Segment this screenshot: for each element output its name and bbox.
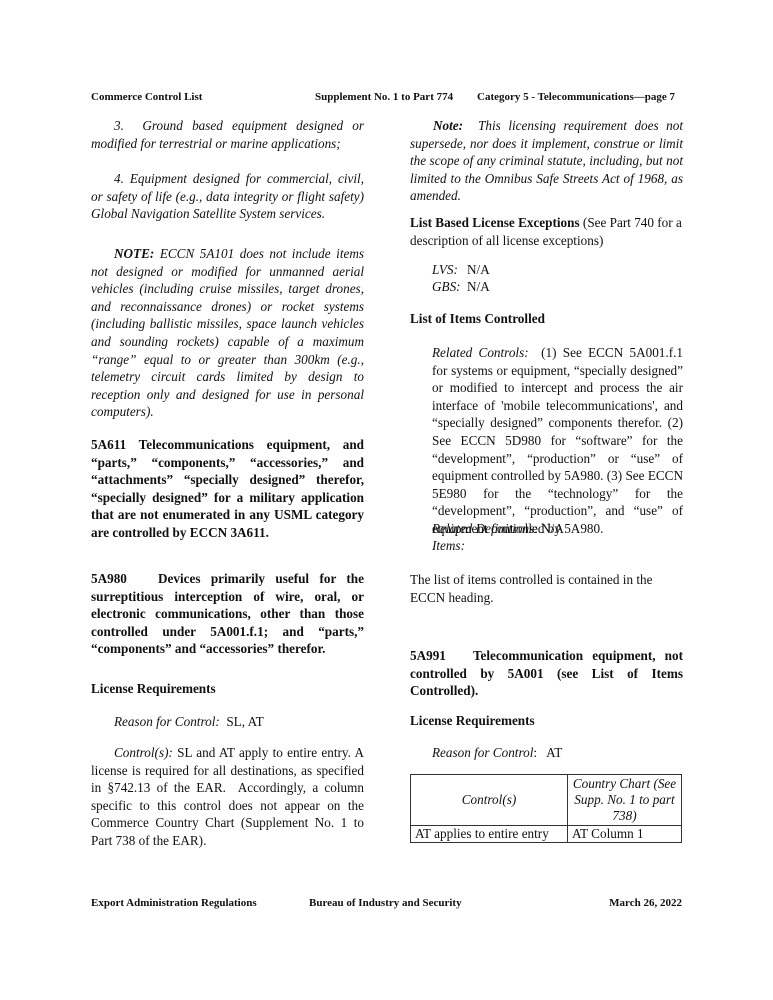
footer-center: Bureau of Industry and Security — [309, 897, 462, 909]
item-4: 4. Equipment designed for commercial, ci… — [91, 170, 364, 223]
exception-key: LVS: — [432, 261, 467, 279]
header-right: Category 5 - Telecommunications—page 7 — [477, 91, 675, 103]
license-requirements-heading: License Requirements — [91, 680, 364, 698]
controls-paragraph: Control(s): SL and AT apply to entire en… — [91, 744, 364, 850]
exception-value: N/A — [467, 279, 490, 294]
note-label: Note: — [433, 118, 463, 133]
reason-value: : AT — [533, 745, 562, 760]
related-controls-text: (1) See ECCN 5A001.f.1 for systems or eq… — [432, 345, 683, 536]
controls-text: SL and AT apply to entire entry. A licen… — [91, 745, 364, 848]
table-header-row: Control(s) Country Chart (See Supp. No. … — [411, 775, 682, 826]
related-controls: Related Controls: (1) See ECCN 5A001.f.1… — [432, 344, 683, 538]
header-center: Supplement No. 1 to Part 774 — [315, 91, 453, 103]
reason-for-control: Reason for Control: SL, AT — [114, 713, 387, 731]
note-5a101: NOTE: ECCN 5A101 does not include items … — [91, 245, 364, 421]
note-text: ECCN 5A101 does not include items not de… — [91, 246, 364, 419]
footer-right: March 26, 2022 — [609, 897, 682, 909]
items-text: The list of items controlled is containe… — [410, 571, 683, 606]
license-requirements-heading: License Requirements — [410, 712, 683, 730]
table-cell-control: AT applies to entire entry — [411, 826, 568, 843]
exception-key: GBS: — [432, 278, 467, 296]
table-cell-column: AT Column 1 — [568, 826, 682, 843]
eccn-5a991-heading: 5A991 Telecommunication equipment, not c… — [410, 647, 683, 700]
item-3: 3. Ground based equipment designed or mo… — [91, 117, 364, 152]
lble-paragraph: List Based License Exceptions (See Part … — [410, 214, 683, 249]
eccn-5a611-heading: 5A611 Telecommunications equipment, and … — [91, 436, 364, 542]
reason-label: Reason for Control: — [114, 714, 220, 729]
related-definitions: Related Definitions: N/A — [432, 520, 683, 538]
items-controlled-heading: List of Items Controlled — [410, 310, 683, 328]
controls-label: Control(s): — [114, 745, 173, 760]
eccn-5a980-heading: 5A980 Devices primarily useful for the s… — [91, 570, 364, 658]
header-left: Commerce Control List — [91, 91, 202, 103]
related-controls-label: Related Controls: — [432, 345, 529, 360]
exception-gbs: GBS:N/A — [432, 278, 490, 296]
reason-value: SL, AT — [220, 714, 264, 729]
table-header-controls: Control(s) — [411, 775, 568, 826]
footer-left: Export Administration Regulations — [91, 897, 257, 909]
exception-value: N/A — [467, 262, 490, 277]
items-label: Items: — [432, 537, 683, 555]
table-header-country-chart: Country Chart (See Supp. No. 1 to part 7… — [568, 775, 682, 826]
exception-lvs: LVS:N/A — [432, 261, 490, 279]
reason-for-control: Reason for Control: AT — [432, 744, 705, 762]
lble-heading: List Based License Exceptions — [410, 215, 580, 230]
note-label: NOTE: — [114, 246, 154, 261]
related-definitions-value: : N/A — [534, 521, 564, 536]
control-table: Control(s) Country Chart (See Supp. No. … — [410, 774, 682, 843]
reason-label: Reason for Control — [432, 745, 533, 760]
table-row: AT applies to entire entry AT Column 1 — [411, 826, 682, 843]
note-licensing: Note: This licensing requirement does no… — [410, 117, 683, 205]
related-definitions-label: Related Definitions — [432, 521, 534, 536]
